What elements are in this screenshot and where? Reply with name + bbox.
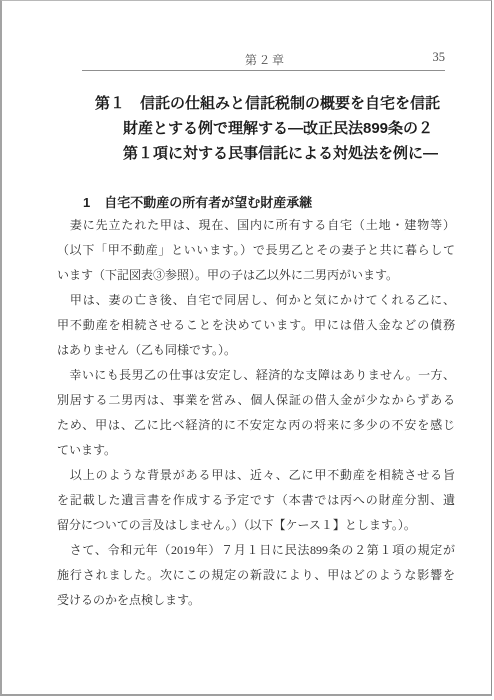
body-text-block: 妻に先立たれた甲は、現在、国内に所有する自宅（土地・建物等）（以下「甲不動産」と… (57, 213, 455, 613)
title-line: 第１ 信託の仕組みと信託税制の概要を自宅を信託 (95, 91, 455, 116)
chapter-section-title: 第１ 信託の仕組みと信託税制の概要を自宅を信託財産とする例で理解する―改正民法8… (95, 91, 455, 166)
body-line: （以下「甲不動産」といいます。）で長男乙とその妻子と共に暮らして (57, 238, 455, 263)
body-line: 以上のような背景がある甲は、近々、乙に甲不動産を相続させる旨 (57, 463, 455, 488)
body-line: 別居する二男丙は、事業を営み、個人保証の借入金が少なからずある (57, 388, 455, 413)
body-line: 幸いにも長男乙の仕事は安定し、経済的な支障はありません。一方、 (57, 363, 455, 388)
page-number: 35 (433, 50, 446, 65)
title-line: 第１項に対する民事信託による対処法を例に― (123, 141, 455, 166)
body-line: ため、甲は、乙に比べ経済的に不安定な丙の将来に多少の不安を感じ (57, 413, 455, 438)
body-line: 受けるのかを点検します。 (57, 588, 455, 613)
body-line: 甲は、妻の亡き後、自宅で同居し、何かと気にかけてくれる乙に、 (57, 288, 455, 313)
body-line: を記載した遺言書を作成する予定です（本書では丙への財産分割、遺 (57, 488, 455, 513)
body-line: 留分についての言及はしません。）（以下【ケース１】とします。）。 (57, 513, 455, 538)
body-line: ています。 (57, 438, 455, 463)
title-line: 財産とする例で理解する―改正民法899条の２ (123, 116, 455, 141)
body-line: 甲不動産を相続させることを決めています。甲には借入金などの債務 (57, 313, 455, 338)
section-number: 1 (83, 195, 90, 210)
running-header-chapter: 第２章 (245, 51, 286, 68)
section-title-text: 自宅不動産の所有者が望む財産承継 (104, 195, 312, 210)
body-line: はありません（乙も同様です。）。 (57, 338, 455, 363)
body-line: 施行されました。次にこの規定の新設により、甲はどのような影響を (57, 563, 455, 588)
body-line: 妻に先立たれた甲は、現在、国内に所有する自宅（土地・建物等） (57, 213, 455, 238)
header-divider-rule (82, 70, 445, 71)
body-line: います（下記図表③参照）。甲の子は乙以外に二男丙がいます。 (57, 263, 455, 288)
section-heading: 1自宅不動産の所有者が望む財産承継 (83, 192, 312, 211)
body-line: さて、令和元年（2019年）７月１日に民法899条の２第１項の規定が (57, 538, 455, 563)
book-page: 第２章 35 第１ 信託の仕組みと信託税制の概要を自宅を信託財産とする例で理解す… (0, 0, 494, 700)
